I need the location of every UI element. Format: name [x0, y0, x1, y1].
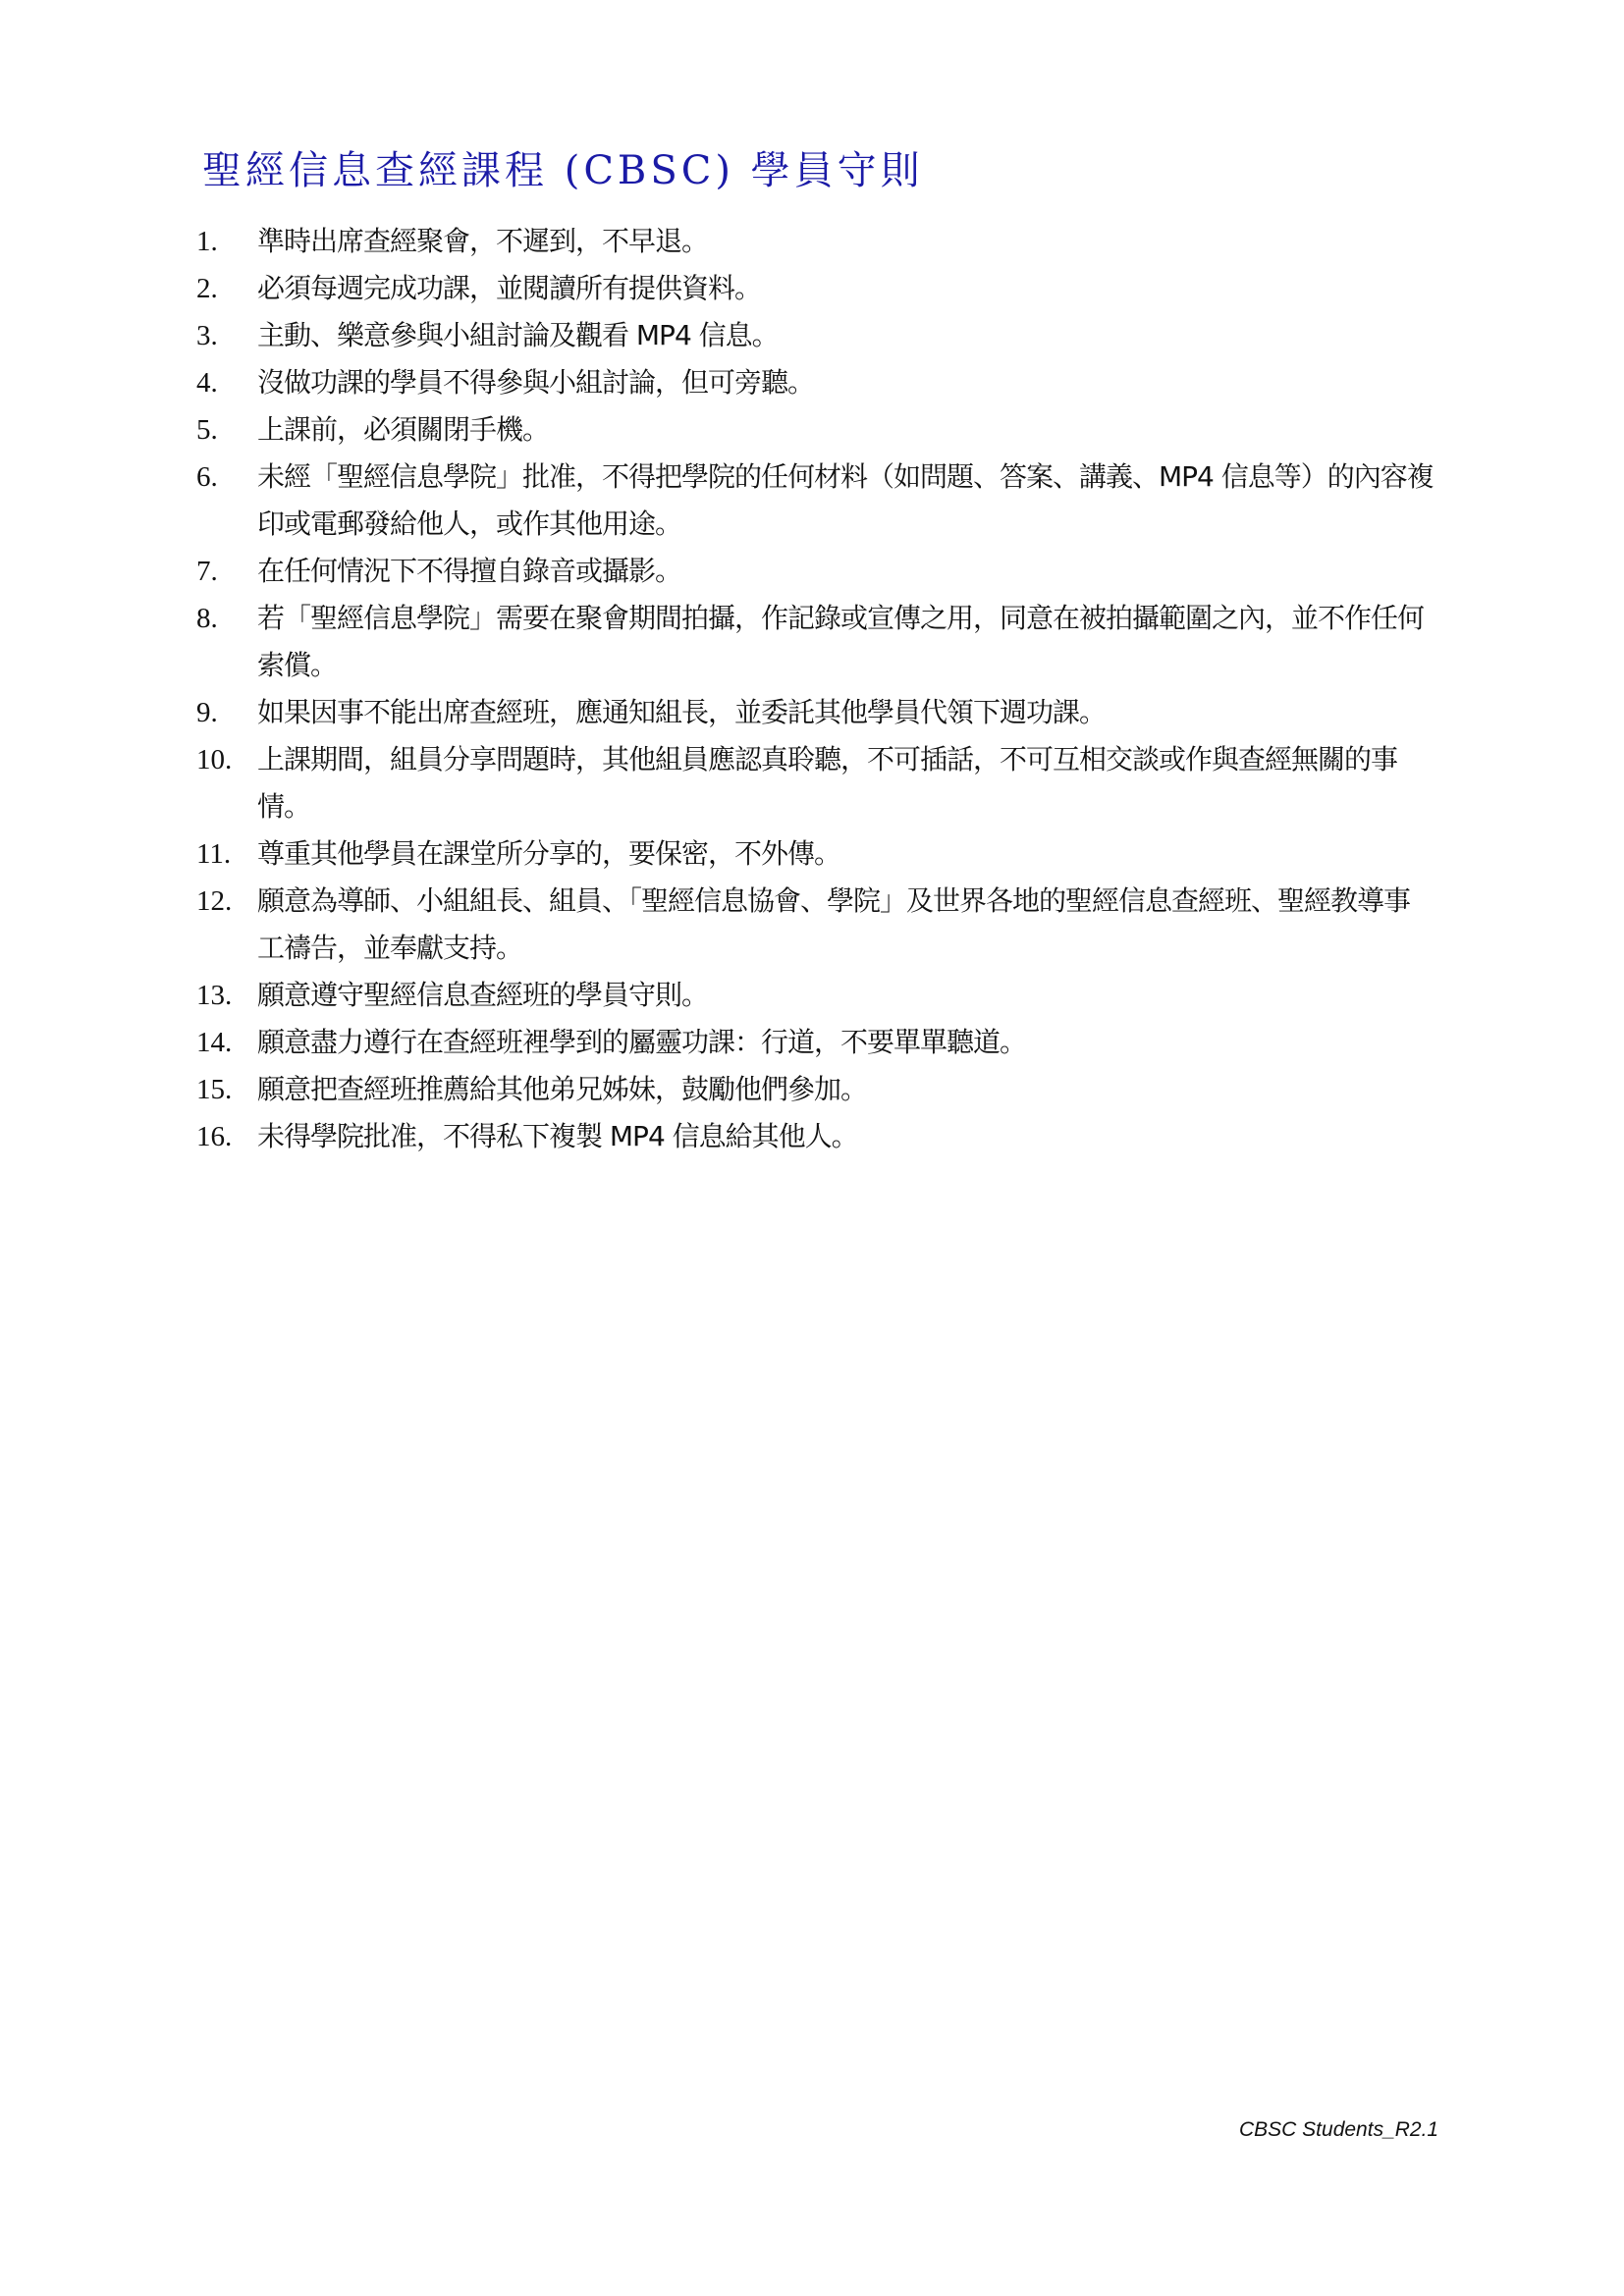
rule-number: 2. — [196, 265, 257, 312]
rule-text: 沒做功課的學員不得參與小組討論，但可旁聽。 — [257, 359, 814, 406]
rule-item: 5.上課前，必須關閉手機。 — [196, 406, 1434, 454]
rule-text: 若「聖經信息學院」需要在聚會期間拍攝，作記錄或宣傳之用，同意在被拍攝範圍之內，並… — [257, 595, 1434, 689]
rule-item: 8.若「聖經信息學院」需要在聚會期間拍攝，作記錄或宣傳之用，同意在被拍攝範圍之內… — [196, 595, 1434, 689]
rule-number: 16. — [196, 1113, 257, 1160]
rule-text: 願意為導師、小組組長、組員、「聖經信息協會、學院」及世界各地的聖經信息查經班、聖… — [257, 878, 1434, 972]
rule-text: 必須每週完成功課，並閱讀所有提供資料。 — [257, 265, 761, 312]
rule-text: 願意遵守聖經信息查經班的學員守則。 — [257, 972, 708, 1019]
rule-item: 12.願意為導師、小組組長、組員、「聖經信息協會、學院」及世界各地的聖經信息查經… — [196, 878, 1434, 972]
rule-item: 3.主動、樂意參與小組討論及觀看 MP4 信息。 — [196, 312, 1434, 359]
rule-text: 願意把查經班推薦給其他弟兄姊妹，鼓勵他們參加。 — [257, 1066, 867, 1113]
rule-item: 15.願意把查經班推薦給其他弟兄姊妹，鼓勵他們參加。 — [196, 1066, 1434, 1113]
rule-text: 在任何情況下不得擅自錄音或攝影。 — [257, 548, 681, 595]
rule-number: 8. — [196, 595, 257, 689]
rule-number: 5. — [196, 406, 257, 454]
rule-item: 13.願意遵守聖經信息查經班的學員守則。 — [196, 972, 1434, 1019]
page-title: 聖經信息查經課程 (CBSC) 學員守則 — [202, 143, 924, 198]
rules-list: 1.準時出席查經聚會，不遲到，不早退。 2.必須每週完成功課，並閱讀所有提供資料… — [196, 218, 1434, 1160]
rule-number: 4. — [196, 359, 257, 406]
rule-text: 未得學院批准，不得私下複製 MP4 信息給其他人。 — [257, 1113, 858, 1160]
rule-number: 13. — [196, 972, 257, 1019]
document-footer: CBSC Students_R2.1 — [1239, 2118, 1438, 2142]
rule-text: 未經「聖經信息學院」批准，不得把學院的任何材料（如問題、答案、講義、MP4 信息… — [257, 454, 1434, 548]
rule-item: 16.未得學院批准，不得私下複製 MP4 信息給其他人。 — [196, 1113, 1434, 1160]
rule-text: 如果因事不能出席查經班，應通知組長，並委託其他學員代領下週功課。 — [257, 689, 1106, 736]
rule-item: 14.願意盡力遵行在查經班裡學到的屬靈功課：行道，不要單單聽道。 — [196, 1019, 1434, 1066]
rule-text: 尊重其他學員在課堂所分享的，要保密，不外傳。 — [257, 830, 840, 878]
rule-item: 7.在任何情況下不得擅自錄音或攝影。 — [196, 548, 1434, 595]
rule-number: 9. — [196, 689, 257, 736]
rule-item: 2.必須每週完成功課，並閱讀所有提供資料。 — [196, 265, 1434, 312]
rule-item: 9.如果因事不能出席查經班，應通知組長，並委託其他學員代領下週功課。 — [196, 689, 1434, 736]
rule-text: 上課前，必須關閉手機。 — [257, 406, 549, 454]
rule-number: 11. — [196, 830, 257, 878]
rule-item: 4.沒做功課的學員不得參與小組討論，但可旁聽。 — [196, 359, 1434, 406]
rule-text: 上課期間，組員分享問題時，其他組員應認真聆聽，不可插話，不可互相交談或作與查經無… — [257, 736, 1434, 830]
rule-item: 10.上課期間，組員分享問題時，其他組員應認真聆聽，不可插話，不可互相交談或作與… — [196, 736, 1434, 830]
rule-number: 14. — [196, 1019, 257, 1066]
rule-number: 10. — [196, 736, 257, 830]
rule-number: 1. — [196, 218, 257, 265]
rule-number: 15. — [196, 1066, 257, 1113]
rule-item: 11.尊重其他學員在課堂所分享的，要保密，不外傳。 — [196, 830, 1434, 878]
rule-number: 6. — [196, 454, 257, 548]
rule-text: 願意盡力遵行在查經班裡學到的屬靈功課：行道，不要單單聽道。 — [257, 1019, 1026, 1066]
rule-number: 3. — [196, 312, 257, 359]
rule-text: 準時出席查經聚會，不遲到，不早退。 — [257, 218, 708, 265]
rule-item: 6.未經「聖經信息學院」批准，不得把學院的任何材料（如問題、答案、講義、MP4 … — [196, 454, 1434, 548]
rule-number: 12. — [196, 878, 257, 972]
rule-text: 主動、樂意參與小組討論及觀看 MP4 信息。 — [257, 312, 779, 359]
rule-number: 7. — [196, 548, 257, 595]
rule-item: 1.準時出席查經聚會，不遲到，不早退。 — [196, 218, 1434, 265]
